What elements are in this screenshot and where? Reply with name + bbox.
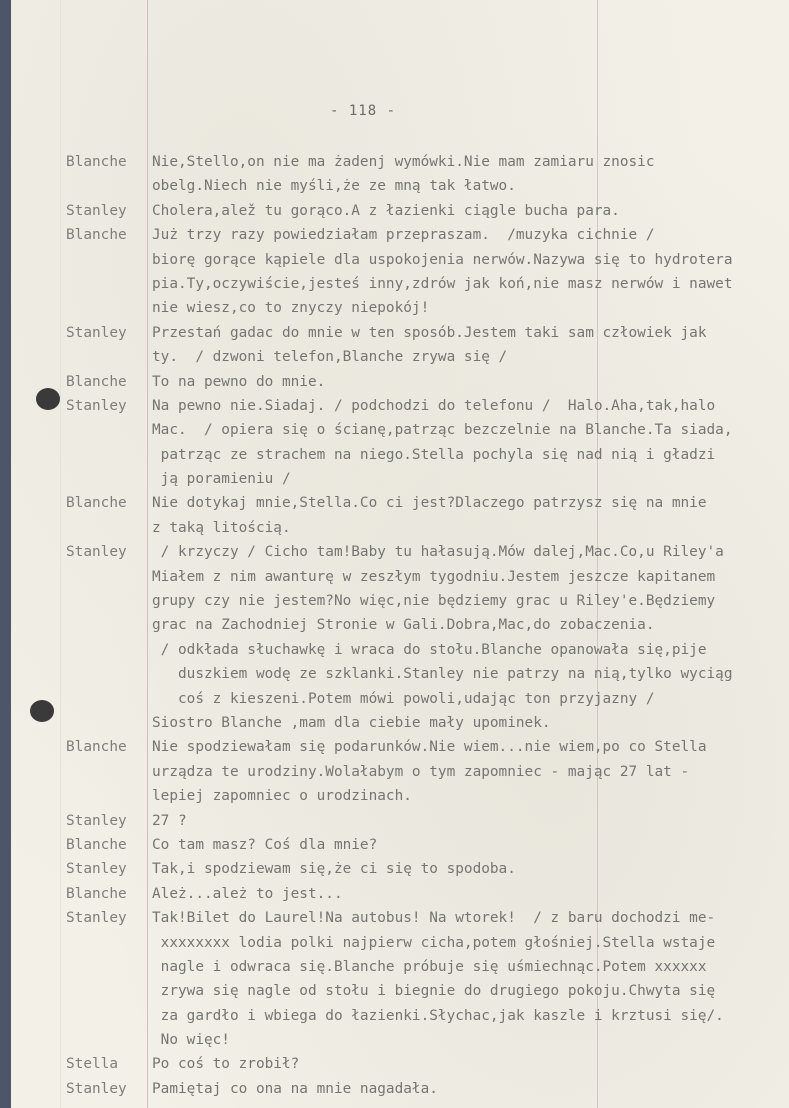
dialogue-lines: Już trzy razy powiedziałam przepraszam. … xyxy=(152,223,789,321)
dialogue-entry: BlancheCo tam masz? Coś dla mnie? xyxy=(0,833,789,857)
dialogue-entry: BlancheJuż trzy razy powiedziałam przepr… xyxy=(0,223,789,321)
dialogue-line: ją poramieniu / xyxy=(152,467,789,491)
dialogue-line: Ależ...ależ to jest... xyxy=(152,882,789,906)
page-number: - 118 - xyxy=(330,103,396,119)
speaker-name: Stanley xyxy=(66,540,146,564)
dialogue-line: Nie dotykaj mnie,Stella.Co ci jest?Dlacz… xyxy=(152,491,789,515)
dialogue-lines: Ależ...ależ to jest... xyxy=(152,882,789,906)
dialogue-line: Tak!Bilet do Laurel!Na autobus! Na wtore… xyxy=(152,906,789,930)
dialogue-line: obelg.Niech nie myśli,że ze mną tak łatw… xyxy=(152,174,789,198)
dialogue-line: Miałem z nim awanturę w zeszłym tygodniu… xyxy=(152,565,789,589)
dialogue-lines: Nie spodziewałam się podarunków.Nie wiem… xyxy=(152,735,789,808)
dialogue-line: / odkłada słuchawkę i wraca do stołu.Bla… xyxy=(152,638,789,662)
speaker-name: Stanley xyxy=(66,199,146,223)
dialogue-lines: Na pewno nie.Siadaj. / podchodzi do tele… xyxy=(152,394,789,492)
dialogue-lines: / krzyczy / Cicho tam!Baby tu hałasują.M… xyxy=(152,540,789,735)
script-body: BlancheNie,Stello,on nie ma żadenj wymów… xyxy=(0,150,789,1101)
dialogue-entry: StanleyCholera,alež tu gorąco.A z łazien… xyxy=(0,199,789,223)
speaker-name: Stanley xyxy=(66,321,146,345)
dialogue-line: Co tam masz? Coś dla mnie? xyxy=(152,833,789,857)
dialogue-line: Po coś to zrobił? xyxy=(152,1052,789,1076)
dialogue-entry: BlancheNie dotykaj mnie,Stella.Co ci jes… xyxy=(0,491,789,540)
speaker-name: Stanley xyxy=(66,857,146,881)
dialogue-lines: Co tam masz? Coś dla mnie? xyxy=(152,833,789,857)
dialogue-line: No więc! xyxy=(152,1028,789,1052)
dialogue-lines: Cholera,alež tu gorąco.A z łazienki ciąg… xyxy=(152,199,789,223)
dialogue-entry: Stanley27 ? xyxy=(0,809,789,833)
dialogue-line: Przestań gadac do mnie w ten sposób.Jest… xyxy=(152,321,789,345)
dialogue-line: Tak,i spodziewam się,że ci się to spodob… xyxy=(152,857,789,881)
dialogue-line: Cholera,alež tu gorąco.A z łazienki ciąg… xyxy=(152,199,789,223)
dialogue-line: pia.Ty,oczywiście,jesteś inny,zdrów jak … xyxy=(152,272,789,296)
speaker-name: Blanche xyxy=(66,491,146,515)
speaker-name: Blanche xyxy=(66,150,146,174)
dialogue-entry: StanleyPrzestań gadac do mnie w ten spos… xyxy=(0,321,789,370)
dialogue-line: To na pewno do mnie. xyxy=(152,370,789,394)
dialogue-line: grac na Zachodniej Stronie w Gali.Dobra,… xyxy=(152,613,789,637)
speaker-name: Stanley xyxy=(66,906,146,930)
dialogue-entry: BlancheNie spodziewałam się podarunków.N… xyxy=(0,735,789,808)
dialogue-entry: StellaPo coś to zrobił? xyxy=(0,1052,789,1076)
speaker-name: Stanley xyxy=(66,1077,146,1101)
dialogue-entry: BlancheNie,Stello,on nie ma żadenj wymów… xyxy=(0,150,789,199)
speaker-name: Blanche xyxy=(66,370,146,394)
dialogue-entry: StanleyPamiętaj co ona na mnie nagadała. xyxy=(0,1077,789,1101)
dialogue-lines: Tak,i spodziewam się,że ci się to spodob… xyxy=(152,857,789,881)
dialogue-lines: Przestań gadac do mnie w ten sposób.Jest… xyxy=(152,321,789,370)
speaker-name: Stella xyxy=(66,1052,146,1076)
dialogue-lines: Nie dotykaj mnie,Stella.Co ci jest?Dlacz… xyxy=(152,491,789,540)
speaker-name: Blanche xyxy=(66,735,146,759)
dialogue-line: za gardło i wbiega do łazienki.Słychac,j… xyxy=(152,1004,789,1028)
dialogue-line: coś z kieszeni.Potem mówi powoli,udając … xyxy=(152,687,789,711)
dialogue-entry: BlancheTo na pewno do mnie. xyxy=(0,370,789,394)
dialogue-entry: StanleyTak!Bilet do Laurel!Na autobus! N… xyxy=(0,906,789,1052)
dialogue-line: zrywa się nagle od stołu i biegnie do dr… xyxy=(152,979,789,1003)
dialogue-line: xxxxxxxx lodia polki najpierw cicha,pote… xyxy=(152,931,789,955)
dialogue-lines: To na pewno do mnie. xyxy=(152,370,789,394)
dialogue-line: nagle i odwraca się.Blanche próbuje się … xyxy=(152,955,789,979)
dialogue-line: nie wiesz,co to znyczy niepokój! xyxy=(152,296,789,320)
dialogue-line: 27 ? xyxy=(152,809,789,833)
dialogue-lines: 27 ? xyxy=(152,809,789,833)
speaker-name: Blanche xyxy=(66,223,146,247)
dialogue-entry: StanleyNa pewno nie.Siadaj. / podchodzi … xyxy=(0,394,789,492)
dialogue-lines: Nie,Stello,on nie ma żadenj wymówki.Nie … xyxy=(152,150,789,199)
speaker-name: Blanche xyxy=(66,833,146,857)
dialogue-line: z taką litością. xyxy=(152,516,789,540)
dialogue-line: Nie spodziewałam się podarunków.Nie wiem… xyxy=(152,735,789,759)
dialogue-entry: BlancheAleż...ależ to jest... xyxy=(0,882,789,906)
dialogue-line: Siostro Blanche ,mam dla ciebie mały upo… xyxy=(152,711,789,735)
dialogue-lines: Pamiętaj co ona na mnie nagadała. xyxy=(152,1077,789,1101)
dialogue-line: Pamiętaj co ona na mnie nagadała. xyxy=(152,1077,789,1101)
dialogue-lines: Po coś to zrobił? xyxy=(152,1052,789,1076)
dialogue-line: ty. / dzwoni telefon,Blanche zrywa się / xyxy=(152,345,789,369)
dialogue-line: Nie,Stello,on nie ma żadenj wymówki.Nie … xyxy=(152,150,789,174)
dialogue-lines: Tak!Bilet do Laurel!Na autobus! Na wtore… xyxy=(152,906,789,1052)
dialogue-line: duszkiem wodę ze szklanki.Stanley nie pa… xyxy=(152,662,789,686)
dialogue-line: biorę gorące kąpiele dla uspokojenia ner… xyxy=(152,248,789,272)
dialogue-line: Na pewno nie.Siadaj. / podchodzi do tele… xyxy=(152,394,789,418)
dialogue-line: lepiej zapomniec o urodzinach. xyxy=(152,784,789,808)
dialogue-entry: StanleyTak,i spodziewam się,że ci się to… xyxy=(0,857,789,881)
speaker-name: Stanley xyxy=(66,394,146,418)
dialogue-entry: Stanley / krzyczy / Cicho tam!Baby tu ha… xyxy=(0,540,789,735)
dialogue-line: patrząc ze strachem na niego.Stella poch… xyxy=(152,443,789,467)
dialogue-line: urządza te urodziny.Wolałabym o tym zapo… xyxy=(152,760,789,784)
dialogue-line: Już trzy razy powiedziałam przepraszam. … xyxy=(152,223,789,247)
dialogue-line: Mac. / opiera się o ścianę,patrząc bezcz… xyxy=(152,418,789,442)
speaker-name: Blanche xyxy=(66,882,146,906)
speaker-name: Stanley xyxy=(66,809,146,833)
dialogue-line: / krzyczy / Cicho tam!Baby tu hałasują.M… xyxy=(152,540,789,564)
dialogue-line: grupy czy nie jestem?No więc,nie będziem… xyxy=(152,589,789,613)
